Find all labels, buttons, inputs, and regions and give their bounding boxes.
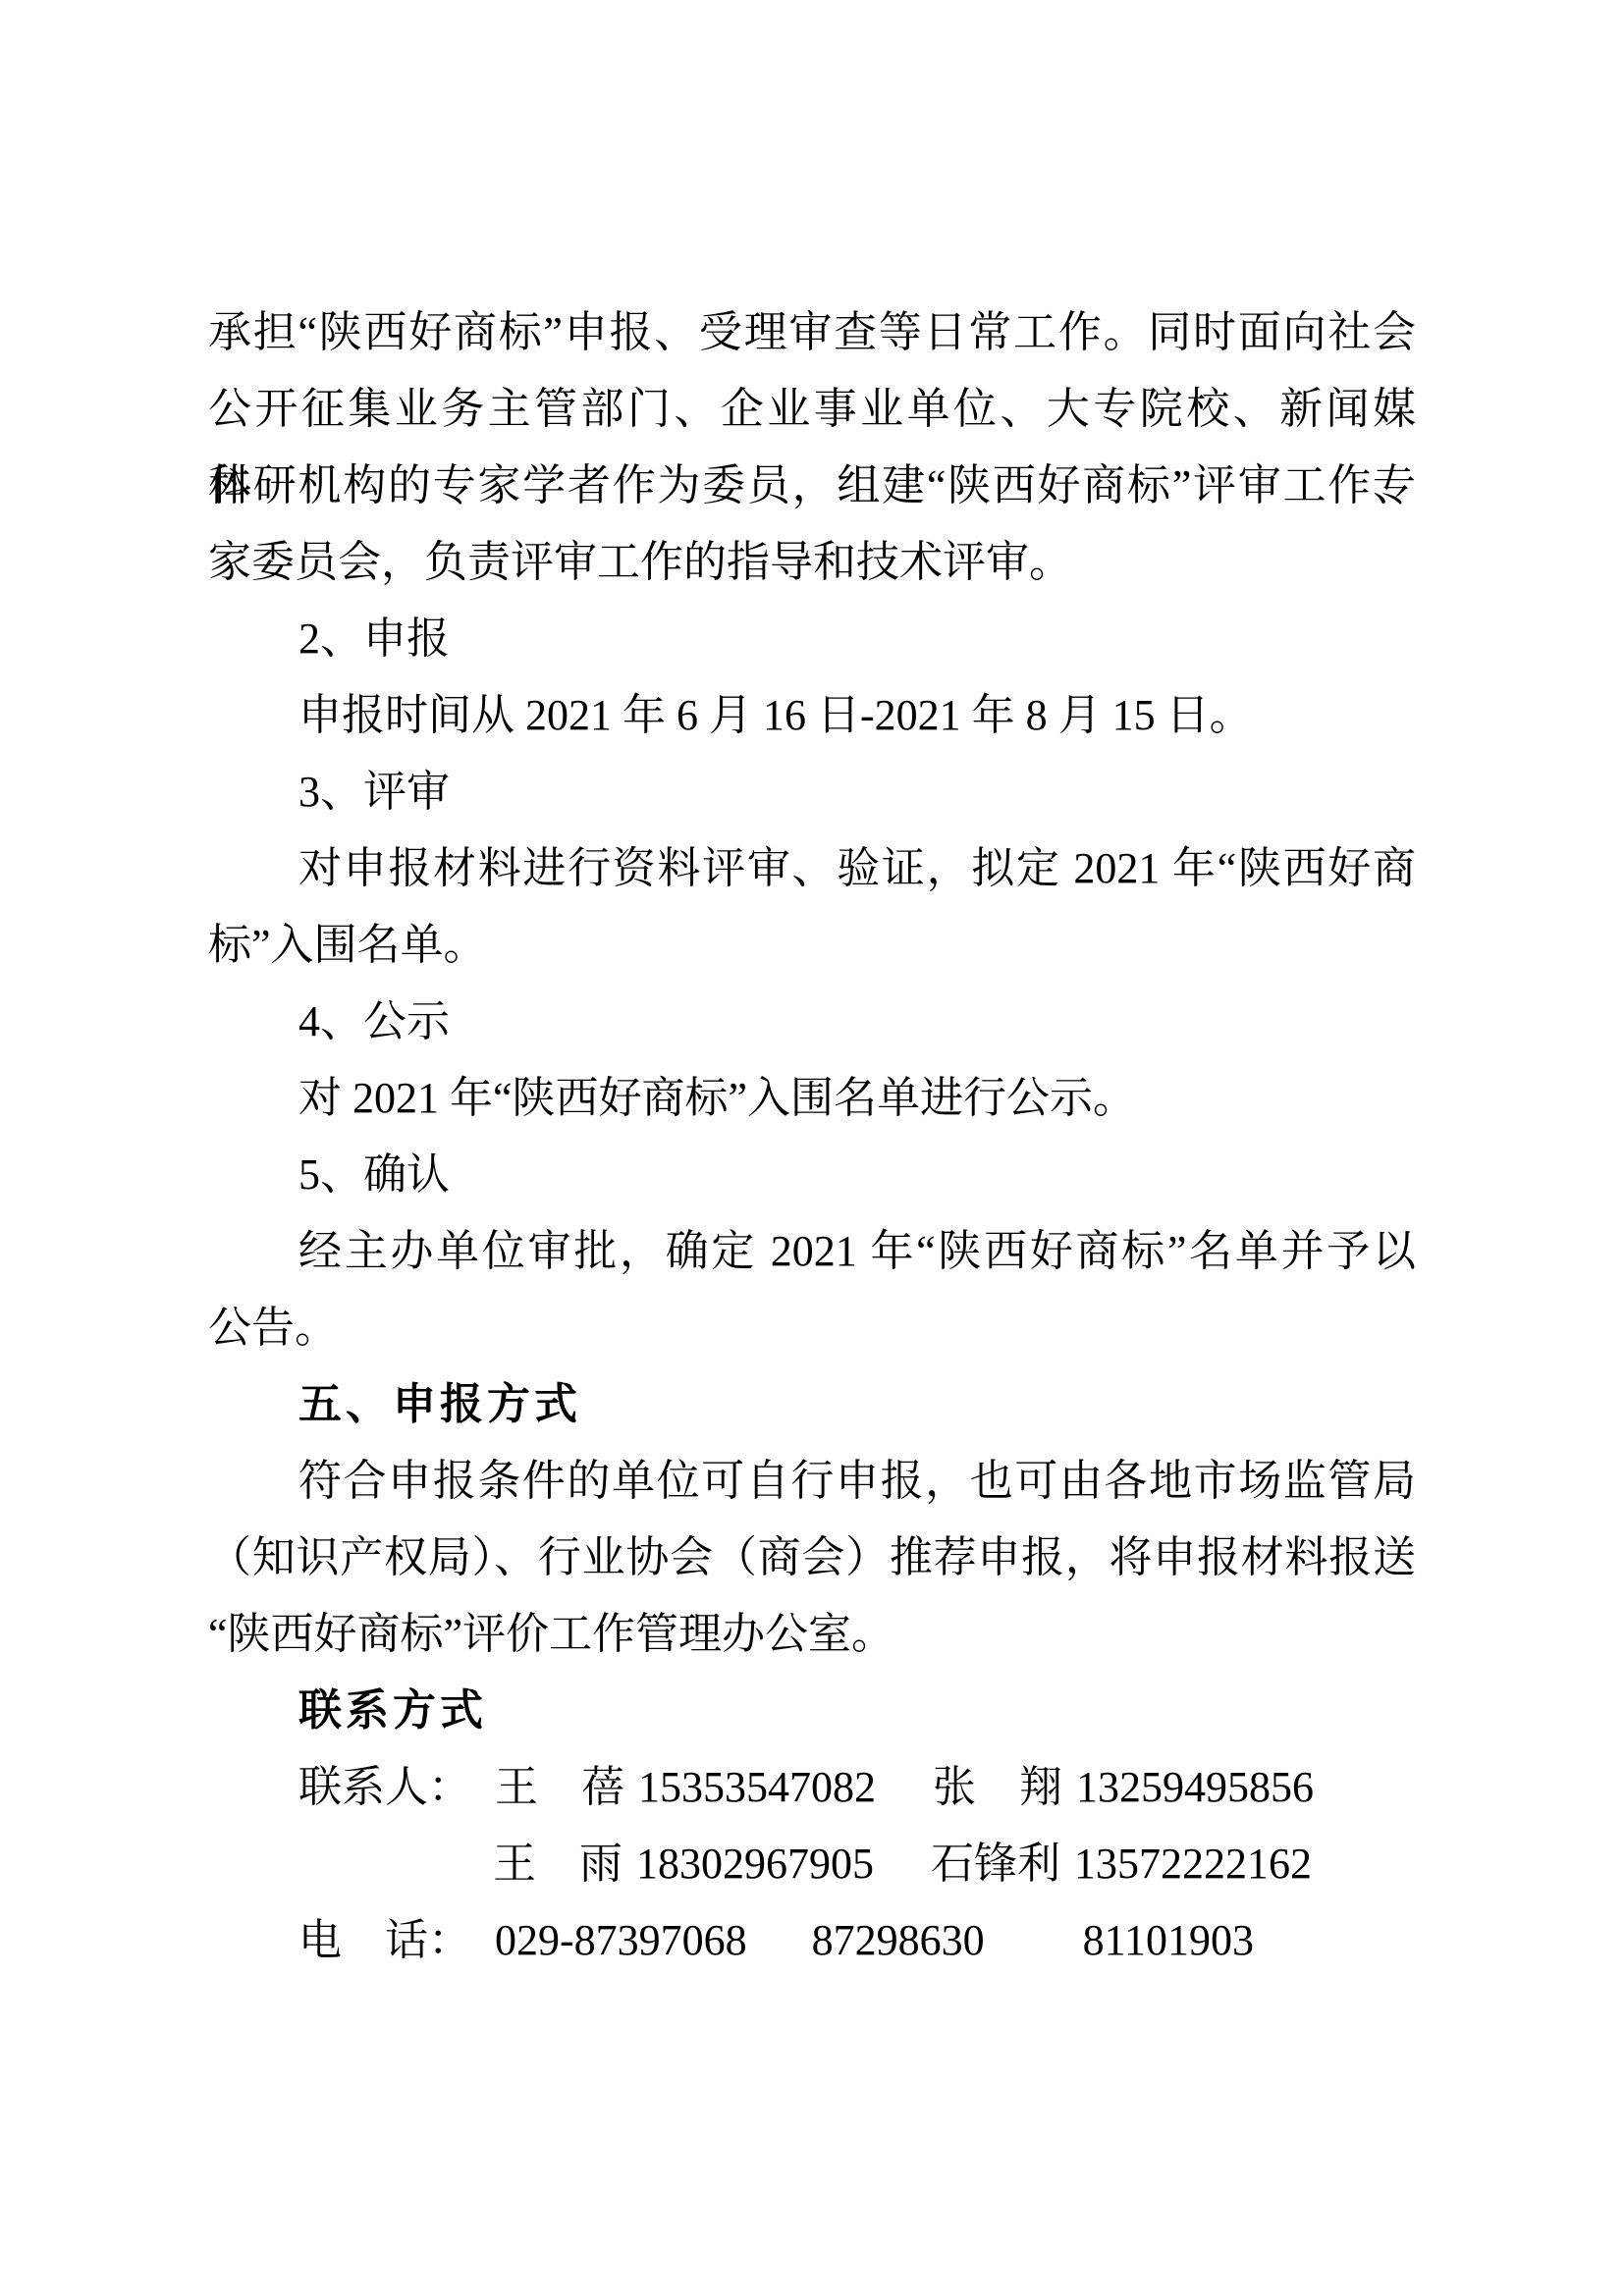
item-4-heading: 4、公示 <box>208 984 1416 1060</box>
telephone-number: 81101903 <box>1083 1902 1254 1979</box>
contact-person-name: 石锋利 <box>931 1826 1060 1902</box>
contact-person-name: 王 雨 <box>493 1826 623 1902</box>
item-5-body-line-2: 公告。 <box>208 1290 1416 1366</box>
telephone-number: 029-87397068 <box>495 1902 747 1979</box>
contact-heading: 联系方式 <box>208 1673 1416 1749</box>
document-page: 承担“陕西好商标”申报、受理审查等日常工作。同时面向社会 公开征集业务主管部门、… <box>0 0 1624 2296</box>
contact-persons-row-1: 联系人： 王 蓓 15353547082 张 翔 13259495856 <box>208 1749 1416 1826</box>
item-5-body-line-1: 经主办单位审批，确定 2021 年“陕西好商标”名单并予以 <box>208 1213 1416 1290</box>
contact-person-phone: 13572222162 <box>1074 1826 1312 1902</box>
contact-person-phone: 18302967905 <box>636 1826 874 1902</box>
contact-person-name: 王 蓓 <box>495 1749 624 1826</box>
telephone-row: 电 话： 029-87397068 87298630 81101903 <box>208 1902 1416 1979</box>
item-2-heading: 2、申报 <box>208 601 1416 677</box>
item-2-body: 申报时间从 2021 年 6 月 16 日-2021 年 8 月 15 日。 <box>208 677 1416 754</box>
section-5-heading: 五、申报方式 <box>208 1366 1416 1443</box>
item-4-body: 对 2021 年“陕西好商标”入围名单进行公示。 <box>208 1060 1416 1137</box>
telephone-label: 电 话： <box>298 1902 471 1979</box>
text-block: 承担“陕西好商标”申报、受理审查等日常工作。同时面向社会 公开征集业务主管部门、… <box>208 294 1416 1979</box>
paragraph-committee-line-1: 承担“陕西好商标”申报、受理审查等日常工作。同时面向社会 <box>208 294 1416 371</box>
section-5-body-line-3: “陕西好商标”评价工作管理办公室。 <box>208 1596 1416 1673</box>
item-3-heading: 3、评审 <box>208 754 1416 830</box>
contact-person-name: 张 翔 <box>933 1749 1062 1826</box>
paragraph-committee-line-2: 公开征集业务主管部门、企业事业单位、大专院校、新闻媒体、 <box>208 371 1416 448</box>
paragraph-committee-line-4: 家委员会，负责评审工作的指导和技术评审。 <box>208 524 1416 601</box>
contact-person-phone: 15353547082 <box>638 1749 876 1826</box>
item-3-body-line-1: 对申报材料进行资料评审、验证，拟定 2021 年“陕西好商 <box>208 830 1416 907</box>
telephone-number: 87298630 <box>812 1902 985 1979</box>
item-5-heading: 5、确认 <box>208 1137 1416 1213</box>
paragraph-committee-line-3: 科研机构的专家学者作为委员，组建“陕西好商标”评审工作专 <box>208 448 1416 524</box>
section-5-body-line-1: 符合申报条件的单位可自行申报，也可由各地市场监管局 <box>208 1443 1416 1520</box>
item-3-body-line-2: 标”入围名单。 <box>208 907 1416 984</box>
contact-persons-label: 联系人： <box>298 1749 471 1826</box>
section-5-body-line-2: （知识产权局）、行业协会（商会）推荐申报，将申报材料报送 <box>208 1520 1416 1596</box>
contact-person-phone: 13259495856 <box>1076 1749 1314 1826</box>
contact-persons-row-2: 王 雨 18302967905 石锋利 13572222162 <box>208 1826 1416 1902</box>
